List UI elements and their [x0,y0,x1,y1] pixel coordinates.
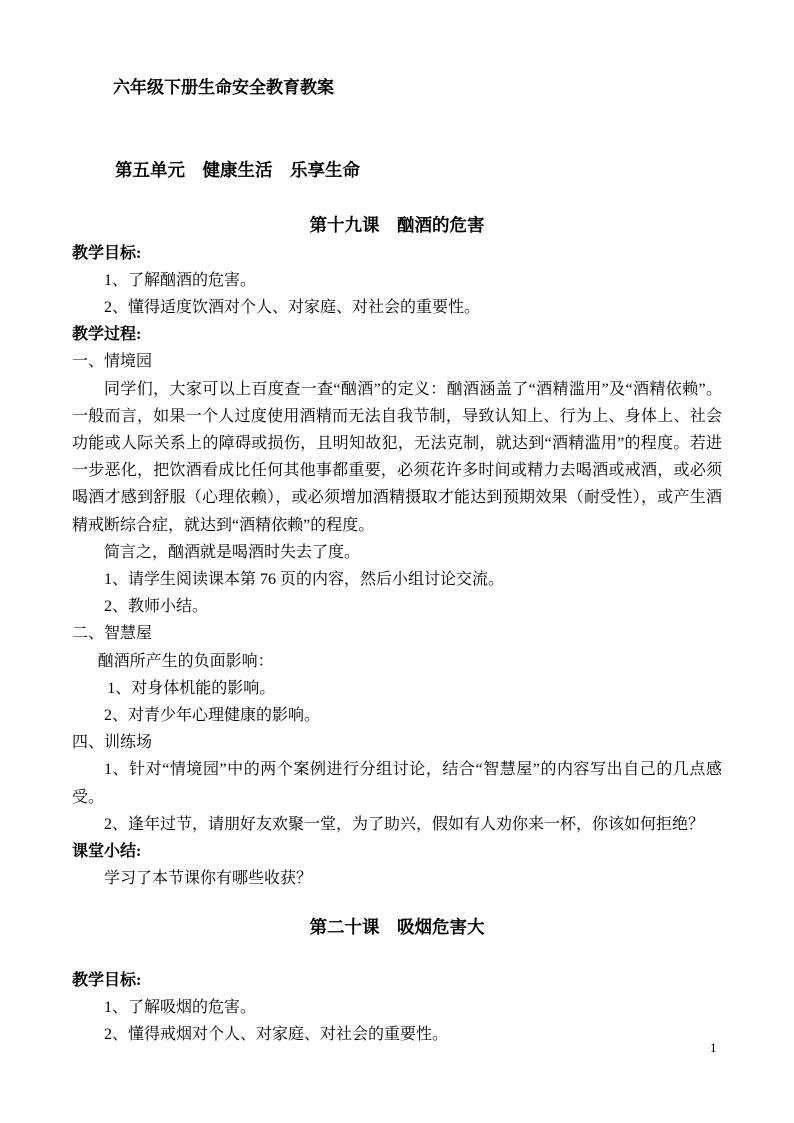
section2-item-1: 1、对身体机能的影响。 [72,675,722,702]
section2-intro: 酗酒所产生的负面影响： [72,648,722,675]
lesson20-goal-1: 1、了解吸烟的危害。 [72,994,722,1021]
section1-step-1: 1、请学生阅读课本第 76 页的内容，然后小组讨论交流。 [72,566,722,593]
lesson20-title: 第二十课 吸烟危害大 [72,914,722,941]
lesson19-teaching-process-label: 教学过程: [72,321,722,348]
document-title: 六年级下册生命安全教育教案 [113,74,722,101]
section1-heading: 一、情境园 [72,348,722,375]
section1-summary: 简言之，酗酒就是喝酒时失去了度。 [72,539,722,566]
document-page: 六年级下册生命安全教育教案 第五单元 健康生活 乐享生命 第十九课 酗酒的危害 … [0,0,794,1123]
lesson20-goal-2: 2、懂得戒烟对个人、对家庭、对社会的重要性。 [72,1021,722,1048]
lesson19-title: 第十九课 酗酒的危害 [72,212,722,239]
lesson19-teaching-goals-label: 教学目标: [72,240,722,267]
class-summary-question: 学习了本节课你有哪些收获？ [72,865,722,892]
spacer [72,184,722,212]
lesson20-teaching-goals-label: 教学目标: [72,967,722,994]
lesson19-goal-2: 2、懂得适度饮酒对个人、对家庭、对社会的重要性。 [72,294,722,321]
class-summary-label: 课堂小结: [72,838,722,865]
section4-item-1: 1、针对“情境园”中的两个案例进行分组讨论，结合“智慧屋”的内容写出自己的几点感… [72,756,722,810]
spacer [72,942,722,967]
spacer [72,101,722,157]
section2-item-2: 2、对青少年心理健康的影响。 [72,702,722,729]
unit-heading: 第五单元 健康生活 乐享生命 [115,157,722,184]
spacer [72,892,722,914]
section2-heading: 二、智慧屋 [72,620,722,647]
section4-heading: 四、训练场 [72,729,722,756]
page-number: 1 [710,1041,717,1055]
lesson19-goal-1: 1、了解酗酒的危害。 [72,267,722,294]
section1-paragraph: 同学们，大家可以上百度查一查“酗酒”的定义：酗酒涵盖了“酒精滥用”及“酒精依赖”… [72,376,722,539]
section1-step-2: 2、教师小结。 [72,593,722,620]
section4-item-2: 2、逢年过节，请朋好友欢聚一堂，为了助兴，假如有人劝你来一杯，你该如何拒绝？ [72,811,722,838]
